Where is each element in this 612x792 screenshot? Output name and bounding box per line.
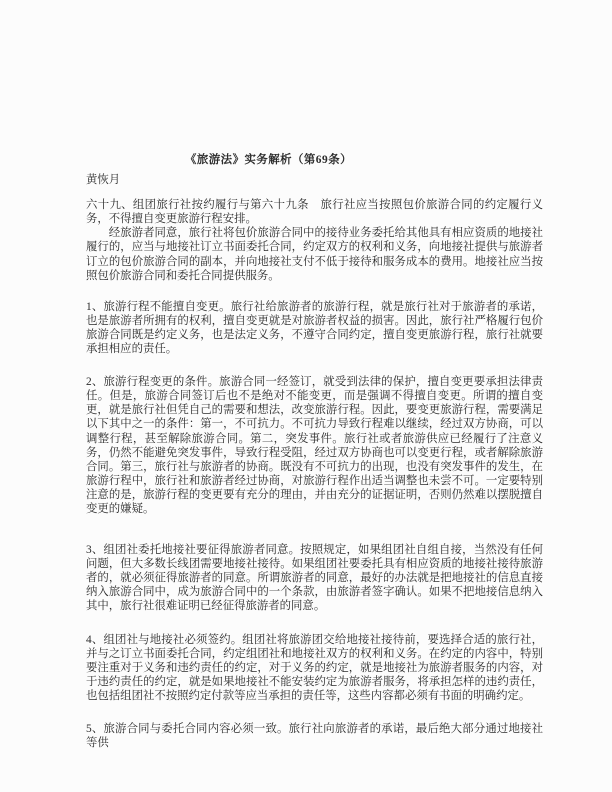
paragraph-point-1: 1、旅游行程不能擅自变更。旅行社给旅游者的旅游行程，就是旅行社对于旅游者的承诺，… [86, 300, 543, 356]
document-content: 《旅游法》实务解析（第69条） 黄恢月 六十九、组团旅行社按约履行与第六十九条 … [86, 153, 543, 750]
paragraph-point-4: 4、组团社与地接社必须签约。组团社将旅游团交给地接社接待前，要选择合适的旅行社，… [86, 633, 543, 703]
paragraph-point-2: 2、旅游行程变更的条件。旅游合同一经签订，就受到法律的保护，擅自变更要承担法律责… [86, 375, 543, 516]
document-title: 《旅游法》实务解析（第69条） [86, 153, 543, 167]
paragraph-point-3: 3、组团社委托地接社要征得旅游者同意。按照规定，如果组团社自组自接，当然没有任何… [86, 543, 543, 613]
paragraph-article-body: 经旅游者同意，旅行社将包价旅游合同中的接待业务委托给其他具有相应资质的地接社履行… [86, 226, 543, 282]
paragraph-point-5-truncated: 5、旅游合同与委托合同内容必须一致。旅行社向旅游者的承诺，最后绝大部分通过地接社… [86, 722, 543, 750]
author-name: 黄恢月 [86, 173, 543, 187]
paragraph-article-heading: 六十九、组团旅行社按约履行与第六十九条 旅行社应当按照包价旅游合同的约定履行义务… [86, 198, 543, 226]
document-page: 《旅游法》实务解析（第69条） 黄恢月 六十九、组团旅行社按约履行与第六十九条 … [0, 0, 612, 792]
